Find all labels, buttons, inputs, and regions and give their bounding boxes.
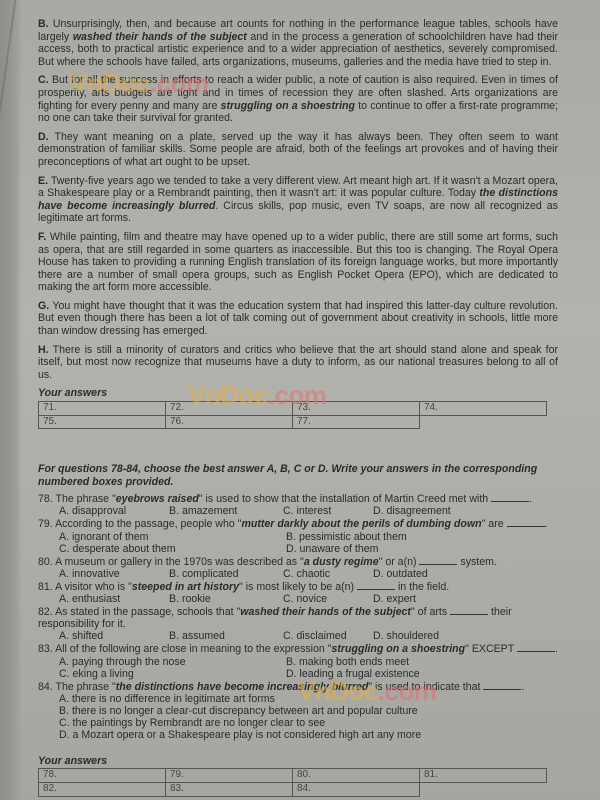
question-number: 78. (38, 493, 53, 505)
question-emphasis: a dusty regime (304, 556, 379, 568)
answer-option[interactable]: D. leading a frugal existence (286, 668, 516, 680)
answer-options: A. shiftedB. assumedC. disclaimedD. shou… (59, 630, 558, 642)
paragraph-text: There is still a minority of curators an… (38, 344, 558, 381)
empty-cell (420, 783, 547, 797)
paragraph-emphasis: struggling on a shoestring (221, 100, 355, 112)
question-item: 78. The phrase "eyebrows raised" is used… (38, 492, 558, 517)
paragraph-letter: G. (38, 300, 49, 312)
answer-option[interactable]: C. eking a living (59, 668, 286, 680)
question-stem: 83. All of the following are close in me… (38, 642, 558, 655)
paragraph-letter: B. (38, 18, 49, 30)
answer-option[interactable]: C. disclaimed (283, 630, 373, 642)
answer-option[interactable]: B. assumed (169, 630, 283, 642)
passage-paragraph: B. Unsurprisingly, then, and because art… (38, 18, 558, 68)
answer-blank[interactable] (507, 517, 545, 527)
question-text: system. (457, 556, 496, 568)
paragraph-letter: E. (38, 175, 48, 187)
question-number: 82. (38, 606, 53, 618)
answer-option[interactable]: B. amazement (169, 505, 283, 517)
question-item: 82. As stated in the passage, schools th… (38, 605, 558, 642)
answer-option[interactable]: D. shouldered (373, 630, 493, 642)
answer-box-71[interactable]: 71. (39, 402, 166, 416)
answer-option[interactable]: C. chaotic (283, 568, 373, 580)
answer-option[interactable]: D. outdated (373, 568, 493, 580)
answer-box-83[interactable]: 83. (166, 783, 293, 797)
question-emphasis: mutter darkly about the perils of dumbin… (241, 518, 481, 530)
answer-blank[interactable] (357, 580, 395, 590)
question-number: 80. (38, 556, 53, 568)
answer-option[interactable]: B. there is no longer a clear-cut discre… (59, 705, 558, 717)
question-item: 80. A museum or gallery in the 1970s was… (38, 555, 558, 580)
question-text: As stated in the passage, schools that " (53, 606, 241, 618)
page-edge-shadow (0, 0, 22, 800)
answer-options: A. paying through the noseB. making both… (59, 656, 558, 680)
answer-option[interactable]: D. a Mozart opera or a Shakespeare play … (59, 729, 558, 741)
answer-option[interactable]: D. disagreement (373, 505, 493, 517)
answer-blank[interactable] (483, 680, 521, 690)
question-stem: 78. The phrase "eyebrows raised" is used… (38, 492, 558, 505)
question-text: " are (482, 518, 507, 530)
answer-options: A. enthusiastB. rookieC. noviceD. expert (59, 593, 558, 605)
answer-option[interactable]: C. the paintings by Rembrandt are no lon… (59, 717, 558, 729)
answer-blank[interactable] (517, 642, 555, 652)
answers-label-78-84: Your answers (38, 755, 558, 768)
question-text: A museum or gallery in the 1970s was des… (53, 556, 304, 568)
question-text: " is used to show that the installation … (199, 493, 491, 505)
answer-option[interactable]: A. ignorant of them (59, 531, 286, 543)
question-item: 84. The phrase "the distinctions have be… (38, 680, 558, 741)
question-item: 79. According to the passage, people who… (38, 517, 558, 554)
question-stem: 81. A visitor who is "steeped in art his… (38, 580, 558, 593)
question-text: . (529, 493, 532, 505)
question-text: All of the following are close in meanin… (53, 643, 332, 655)
paragraph-letter: F. (38, 231, 46, 243)
question-text: The phrase " (53, 681, 116, 693)
paragraph-emphasis: washed their hands of the subject (73, 31, 247, 43)
answer-option[interactable]: A. there is no difference in legitimate … (59, 693, 558, 705)
paragraph-letter: C. (38, 74, 49, 86)
passage-paragraph: G. You might have thought that it was th… (38, 300, 558, 338)
empty-cell (420, 415, 547, 429)
answer-option[interactable]: A. paying through the nose (59, 656, 286, 668)
paragraph-text: They want meaning on a plate, served up … (38, 131, 558, 168)
question-item: 83. All of the following are close in me… (38, 642, 558, 679)
answer-box-81[interactable]: 81. (420, 769, 547, 783)
question-text: . (521, 681, 524, 693)
answer-grid-78-84: 78. 79. 80. 81. 82. 83. 84. (38, 768, 547, 796)
answer-option[interactable]: D. expert (373, 593, 493, 605)
question-emphasis: steeped in art history (132, 581, 239, 593)
question-text: " is most likely to be a(n) (239, 581, 357, 593)
question-stem: 82. As stated in the passage, schools th… (38, 605, 558, 630)
answer-option[interactable]: C. desperate about them (59, 543, 286, 555)
passage-paragraph: H. There is still a minority of curators… (38, 344, 558, 382)
question-emphasis: eyebrows raised (116, 493, 199, 505)
answer-options: A. disapprovalB. amazementC. interestD. … (59, 505, 558, 517)
question-text: According to the passage, people who " (53, 518, 242, 530)
question-number: 81. (38, 581, 53, 593)
answer-box-76[interactable]: 76. (166, 415, 293, 429)
question-text: in the field. (395, 581, 449, 593)
question-text: A visitor who is " (53, 581, 132, 593)
answer-option[interactable]: A. shifted (59, 630, 169, 642)
passage-paragraph: D. They want meaning on a plate, served … (38, 131, 558, 169)
answer-option[interactable]: B. rookie (169, 593, 283, 605)
question-list: 78. The phrase "eyebrows raised" is used… (38, 492, 558, 741)
question-stem: 80. A museum or gallery in the 1970s was… (38, 555, 558, 568)
answer-options: A. ignorant of themB. pessimistic about … (59, 531, 558, 555)
answer-grid-71-77: 71. 72. 73. 74. 75. 76. 77. (38, 401, 547, 429)
section-instructions: For questions 78-84, choose the best ans… (38, 463, 558, 489)
answer-box-73[interactable]: 73. (293, 402, 420, 416)
answer-box-77[interactable]: 77. (293, 415, 420, 429)
reading-passage: B. Unsurprisingly, then, and because art… (38, 18, 558, 381)
paragraph-text: While painting, film and theatre may hav… (38, 231, 558, 293)
question-number: 84. (38, 681, 53, 693)
answer-option[interactable]: D. unaware of them (286, 543, 516, 555)
passage-paragraph: F. While painting, film and theatre may … (38, 231, 558, 294)
answer-options: A. innovativeB. complicatedC. chaoticD. … (59, 568, 558, 580)
question-text: " or a(n) (379, 556, 420, 568)
question-number: 83. (38, 643, 53, 655)
answer-option[interactable]: C. novice (283, 593, 373, 605)
question-emphasis: washed their hands of the subject (240, 606, 411, 618)
question-item: 81. A visitor who is "steeped in art his… (38, 580, 558, 605)
worksheet-page: B. Unsurprisingly, then, and because art… (38, 18, 558, 797)
answer-options: A. there is no difference in legitimate … (59, 693, 558, 741)
passage-paragraph: E. Twenty-five years ago we tended to ta… (38, 175, 558, 225)
answer-blank[interactable] (450, 605, 488, 615)
question-text: . (555, 643, 558, 655)
answer-box-84[interactable]: 84. (293, 783, 420, 797)
question-text: " is used to indicate that (368, 681, 483, 693)
answers-label-71-77: Your answers (38, 387, 558, 400)
question-text: The phrase " (53, 493, 116, 505)
question-text: " EXCEPT (465, 643, 517, 655)
answer-option[interactable]: A. enthusiast (59, 593, 169, 605)
question-stem: 84. The phrase "the distinctions have be… (38, 680, 558, 693)
answer-option[interactable]: B. pessimistic about them (286, 531, 516, 543)
paragraph-text: You might have thought that it was the e… (38, 300, 558, 337)
answer-blank[interactable] (491, 492, 529, 502)
answer-box-82[interactable]: 82. (39, 783, 166, 797)
question-number: 79. (38, 518, 53, 530)
answer-option[interactable]: A. innovative (59, 568, 169, 580)
paragraph-letter: D. (38, 131, 49, 143)
answer-option[interactable]: B. complicated (169, 568, 283, 580)
answer-option[interactable]: A. disapproval (59, 505, 169, 517)
answer-option[interactable]: B. making both ends meet (286, 656, 516, 668)
answer-box-80[interactable]: 80. (293, 769, 420, 783)
answer-option[interactable]: C. interest (283, 505, 373, 517)
question-emphasis: the distinctions have become increasingl… (116, 681, 369, 693)
passage-paragraph: C. But for all the success in efforts to… (38, 74, 558, 124)
answer-box-74[interactable]: 74. (420, 402, 547, 416)
answer-box-75[interactable]: 75. (39, 415, 166, 429)
paragraph-letter: H. (38, 344, 49, 356)
answer-box-79[interactable]: 79. (166, 769, 293, 783)
question-text: " of arts (411, 606, 450, 618)
question-emphasis: struggling on a shoestring (332, 643, 466, 655)
question-text: . (545, 518, 548, 530)
answer-blank[interactable] (419, 555, 457, 565)
question-stem: 79. According to the passage, people who… (38, 517, 558, 530)
answer-box-78[interactable]: 78. (39, 769, 166, 783)
answer-box-72[interactable]: 72. (166, 402, 293, 416)
